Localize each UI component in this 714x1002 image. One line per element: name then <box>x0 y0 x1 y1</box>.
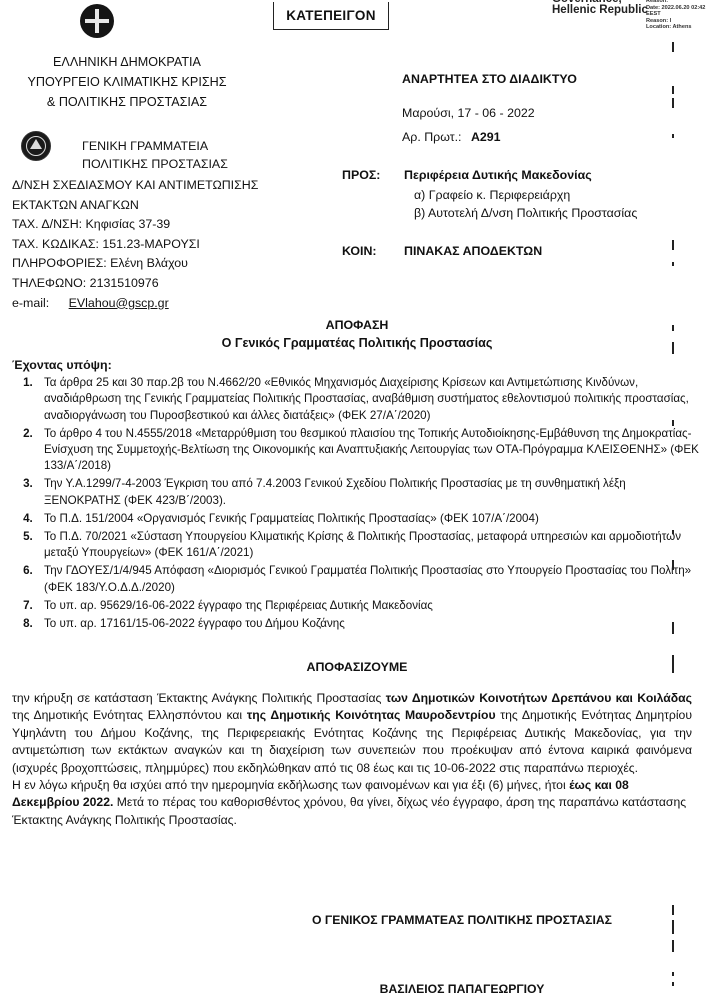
secretariat-title: ΓΕΝΙΚΗ ΓΡΑΜΜΑΤΕΙΑ ΠΟΛΙΤΙΚΗΣ ΠΡΟΣΤΑΣΙΑΣ <box>82 137 228 173</box>
publish-note: ΑΝΑΡΤΗΤΕΑ ΣΤΟ ΔΙΑΔΙΚΤΥΟ <box>402 72 577 86</box>
list-item: Το υπ. αρ. 95629/16-06-2022 έγγραφο της … <box>36 598 702 614</box>
declaration-paragraph: την κήρυξη σε κατάσταση Έκτακτης Ανάγκης… <box>12 690 692 777</box>
list-item: Την ΓΔΟΥΕΣ/1/4/945 Απόφαση «Διορισμός Γε… <box>36 563 702 595</box>
directorate-line: Δ/ΝΣΗ ΣΧΕΔΙΑΣΜΟΥ ΚΑΙ ΑΝΤΙΜΕΤΩΠΙΣΗΣ <box>12 176 258 196</box>
cc-label: ΚΟΙΝ: <box>342 244 377 258</box>
contact-person: ΠΛΗΡΟΦΟΡΙΕΣ: Ελένη Βλάχου <box>12 254 258 274</box>
to-sub-item: β) Αυτοτελή Δ/νση Πολιτικής Προστασίας <box>414 204 637 222</box>
place-date: Μαρούσι, 17 - 06 - 2022 <box>402 106 535 120</box>
decision-body: την κήρυξη σε κατάσταση Έκτακτης Ανάγκης… <box>12 690 692 829</box>
civil-protection-logo-icon <box>21 131 51 161</box>
directorate-line: ΕΚΤΑΚΤΩΝ ΑΝΑΓΚΩΝ <box>12 196 258 216</box>
list-item: Την Υ.Α.1299/7-4-2003 Έγκριση του από 7.… <box>36 476 702 508</box>
list-item: Το υπ. αρ. 17161/15-06-2022 έγγραφο του … <box>36 616 702 632</box>
protocol-number: Α291 <box>471 130 501 144</box>
email-link[interactable]: EVlahou@gscp.gr <box>69 296 169 310</box>
hellenic-republic-emblem-icon <box>80 4 114 38</box>
signatory-name: ΒΑΣΙΛΕΙΟΣ ΠΑΠΑΓΕΩΡΓΙΟΥ <box>262 982 662 996</box>
to-label: ΠΡΟΣ: <box>342 168 380 182</box>
secretariat-line: ΓΕΝΙΚΗ ΓΡΑΜΜΑΤΕΙΑ <box>82 137 228 155</box>
protocol-row: Αρ. Πρωτ.: Α291 <box>402 130 501 144</box>
digital-signature-stamp: Governance, Hellenic Republic <box>552 0 648 16</box>
to-sub-item: α) Γραφείο κ. Περιφερειάρχη <box>414 186 637 204</box>
cc-value: ΠΙΝΑΚΑΣ ΑΠΟΔΕΚΤΩΝ <box>404 244 542 258</box>
bold-run: των Δημοτικών Κοινοτήτων Δρεπάνου και Κο… <box>386 691 692 705</box>
decision-title: ΑΠΟΦΑΣΗ <box>0 318 714 332</box>
bold-run: της Δημοτικής Κοινότητας Μαυροδεντρίου <box>247 708 496 722</box>
to-recipient: Περιφέρεια Δυτικής Μακεδονίας <box>404 168 592 182</box>
list-item: Το άρθρο 4 του Ν.4555/2018 «Μεταρρύθμιση… <box>36 426 702 475</box>
to-sub-recipients: α) Γραφείο κ. Περιφερειάρχη β) Αυτοτελή … <box>414 186 637 222</box>
considerations-list: Τα άρθρα 25 και 30 παρ.2β του Ν.4662/20 … <box>12 375 702 632</box>
list-item: Το Π.Δ. 70/2021 «Σύσταση Υπουργείου Κλιμ… <box>36 529 702 561</box>
signature-meta-line: Location: Athens <box>646 24 705 31</box>
text-run: της Δημοτικής Ενότητας Ελλησπόντου και <box>12 708 247 722</box>
duration-paragraph: Η εν λόγω κήρυξη θα ισχύει από την ημερο… <box>12 777 692 829</box>
ministry-header: ΕΛΛΗΝΙΚΗ ΔΗΜΟΚΡΑΤΙΑ ΥΠΟΥΡΓΕΙΟ ΚΛΙΜΑΤΙΚΗΣ… <box>0 52 254 112</box>
list-item: Το Π.Δ. 151/2004 «Οργανισμός Γενικής Γρα… <box>36 511 702 527</box>
text-run: Η εν λόγω κήρυξη θα ισχύει από την ημερο… <box>12 778 569 792</box>
email-label: e-mail: <box>12 296 49 310</box>
ministry-line: ΥΠΟΥΡΓΕΙΟ ΚΛΙΜΑΤΙΚΗΣ ΚΡΙΣΗΣ <box>0 72 254 92</box>
signature-metadata: Reason: Date: 2022.06.20 02:42 EEST Reas… <box>646 0 705 31</box>
phone: ΤΗΛΕΦΩΝΟ: 2131510976 <box>12 274 258 294</box>
email-row: e-mail: EVlahou@gscp.gr <box>12 294 258 314</box>
postal-code: ΤΑΧ. ΚΩΔΙΚΑΣ: 151.23-ΜΑΡΟΥΣΙ <box>12 235 258 255</box>
resolve-title: ΑΠΟΦΑΣΙΖΟΥΜΕ <box>0 660 714 674</box>
secretariat-line: ΠΟΛΙΤΙΚΗΣ ΠΡΟΣΤΑΣΙΑΣ <box>82 155 228 173</box>
ministry-line: & ΠΟΛΙΤΙΚΗΣ ΠΡΟΣΤΑΣΙΑΣ <box>0 92 254 112</box>
sender-info: Δ/ΝΣΗ ΣΧΕΔΙΑΣΜΟΥ ΚΑΙ ΑΝΤΙΜΕΤΩΠΙΣΗΣ ΕΚΤΑΚ… <box>12 176 258 313</box>
considerations-section: Έχοντας υπόψη: Τα άρθρα 25 και 30 παρ.2β… <box>12 357 702 634</box>
signatory-title: Ο ΓΕΝΙΚΟΣ ΓΡΑΜΜΑΤΕΑΣ ΠΟΛΙΤΙΚΗΣ ΠΡΟΣΤΑΣΙΑ… <box>262 913 662 927</box>
protocol-label: Αρ. Πρωτ.: <box>402 130 461 144</box>
text-run: Μετά το πέρας του καθορισθέντος χρόνου, … <box>12 795 686 826</box>
decision-subtitle: Ο Γενικός Γραμματέας Πολιτικής Προστασία… <box>0 336 714 350</box>
urgency-stamp: ΚΑΤΕΠΕΙΓΟΝ <box>273 2 389 30</box>
address: ΤΑΧ. Δ/ΝΣΗ: Κηφισίας 37-39 <box>12 215 258 235</box>
list-item: Τα άρθρα 25 και 30 παρ.2β του Ν.4662/20 … <box>36 375 702 424</box>
ministry-line: ΕΛΛΗΝΙΚΗ ΔΗΜΟΚΡΑΤΙΑ <box>0 52 254 72</box>
text-run: την κήρυξη σε κατάσταση Έκτακτης Ανάγκης… <box>12 691 386 705</box>
considering-label: Έχοντας υπόψη: <box>12 357 702 373</box>
signer-org-line2: Hellenic Republic <box>552 5 648 16</box>
